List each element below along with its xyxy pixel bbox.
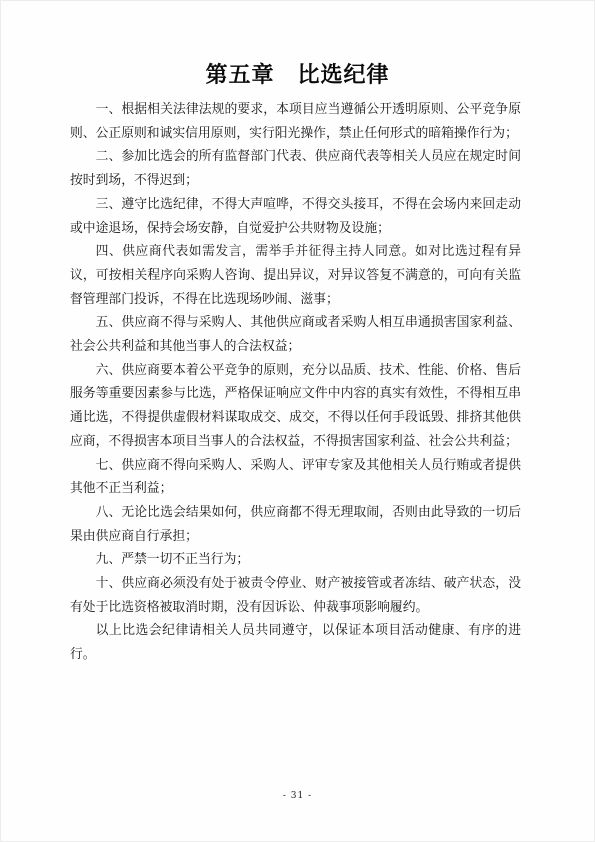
clause-3: 三、遵守比选纪律，不得大声喧哗，不得交头接耳，不得在会场内来回走动或中途退场，保… xyxy=(70,193,521,240)
clause-8: 八、无论比选会结果如何，供应商都不得无理取闹，否则由此导致的一切后果由供应商自行… xyxy=(70,501,521,548)
clause-5: 五、供应商不得与采购人、其他供应商或者采购人相互串通损害国家利益、社会公共利益和… xyxy=(70,311,521,358)
document-page: 第五章 比选纪律 一、根据相关法律法规的要求，本项目应当遵循公开透明原则、公平竞… xyxy=(0,0,595,842)
chapter-title: 第五章 比选纪律 xyxy=(1,1,594,89)
clause-1: 一、根据相关法律法规的要求，本项目应当遵循公开透明原则、公平竞争原则、公正原则和… xyxy=(70,98,521,145)
clause-7: 七、供应商不得向采购人、采购人、评审专家及其他相关人员行贿或者提供其他不正当利益… xyxy=(70,454,521,501)
clause-10: 十、供应商必须没有处于被责令停业、财产被接管或者冻结、破产状态，没有处于比选资格… xyxy=(70,572,521,619)
clause-9: 九、严禁一切不正当行为； xyxy=(70,548,521,572)
clause-6: 六、供应商要本着公平竞争的原则，充分以品质、技术、性能、价格、售后服务等重要因素… xyxy=(70,359,521,454)
clause-4: 四、供应商代表如需发言，需举手并征得主持人同意。如对比选过程有异议，可按相关程序… xyxy=(70,240,521,311)
page-number: - 31 - xyxy=(1,791,594,801)
clause-2: 二、参加比选会的所有监督部门代表、供应商代表等相关人员应在规定时间按时到场，不得… xyxy=(70,145,521,192)
document-body: 一、根据相关法律法规的要求，本项目应当遵循公开透明原则、公平竞争原则、公正原则和… xyxy=(70,98,521,667)
closing-statement: 以上比选会纪律请相关人员共同遵守，以保证本项目活动健康、有序的进行。 xyxy=(70,619,521,666)
